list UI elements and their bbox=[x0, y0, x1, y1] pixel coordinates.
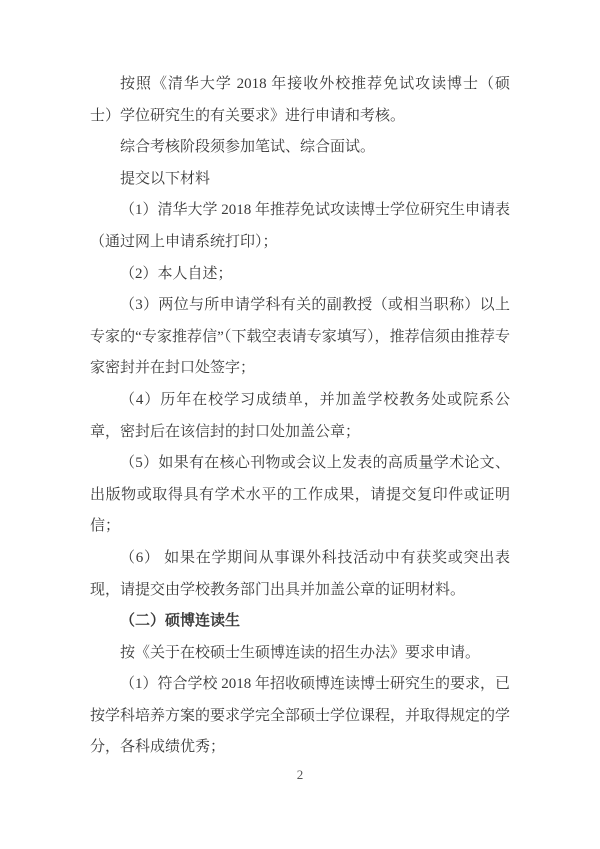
page-number: 2 bbox=[297, 767, 304, 782]
page-footer: 2 bbox=[0, 766, 600, 784]
paragraph-material-5: （5）如果有在核心刊物或会议上发表的高质量学术论文、出版物或取得具有学术水平的工… bbox=[90, 448, 510, 543]
document-body: 按照《清华大学 2018 年接收外校推荐免试攻读博士（硕士）学位研究生的有关要求… bbox=[90, 69, 510, 764]
paragraph-material-1: （1）清华大学 2018 年推荐免试攻读博士学位研究生申请表（通过网上申请系统打… bbox=[90, 195, 510, 258]
paragraph-materials-lead: 提交以下材料 bbox=[90, 164, 510, 196]
paragraph-exam-stage: 综合考核阶段须参加笔试、综合面试。 bbox=[90, 132, 510, 164]
section-heading-shuobo-liandu: （二）硕博连读生 bbox=[90, 606, 510, 638]
paragraph-material-6: （6） 如果在学期间从事课外科技活动中有获奖或突出表现，请提交由学校教务部门出具… bbox=[90, 543, 510, 606]
paragraph-liandu-requirement-1: （1）符合学校 2018 年招收硕博连读博士研究生的要求，已按学科培养方案的要求… bbox=[90, 669, 510, 764]
paragraph-material-2: （2）本人自述； bbox=[90, 259, 510, 291]
paragraph-intro-requirements: 按照《清华大学 2018 年接收外校推荐免试攻读博士（硕士）学位研究生的有关要求… bbox=[90, 69, 510, 132]
paragraph-liandu-apply: 按《关于在校硕士生硕博连读的招生办法》要求申请。 bbox=[90, 638, 510, 670]
document-page: 按照《清华大学 2018 年接收外校推荐免试攻读博士（硕士）学位研究生的有关要求… bbox=[0, 0, 600, 849]
paragraph-material-4: （4）历年在校学习成绩单，并加盖学校教务处或院系公章，密封后在该信封的封口处加盖… bbox=[90, 385, 510, 448]
paragraph-material-3: （3）两位与所申请学科有关的副教授（或相当职称）以上专家的“专家推荐信”（下载空… bbox=[90, 290, 510, 385]
